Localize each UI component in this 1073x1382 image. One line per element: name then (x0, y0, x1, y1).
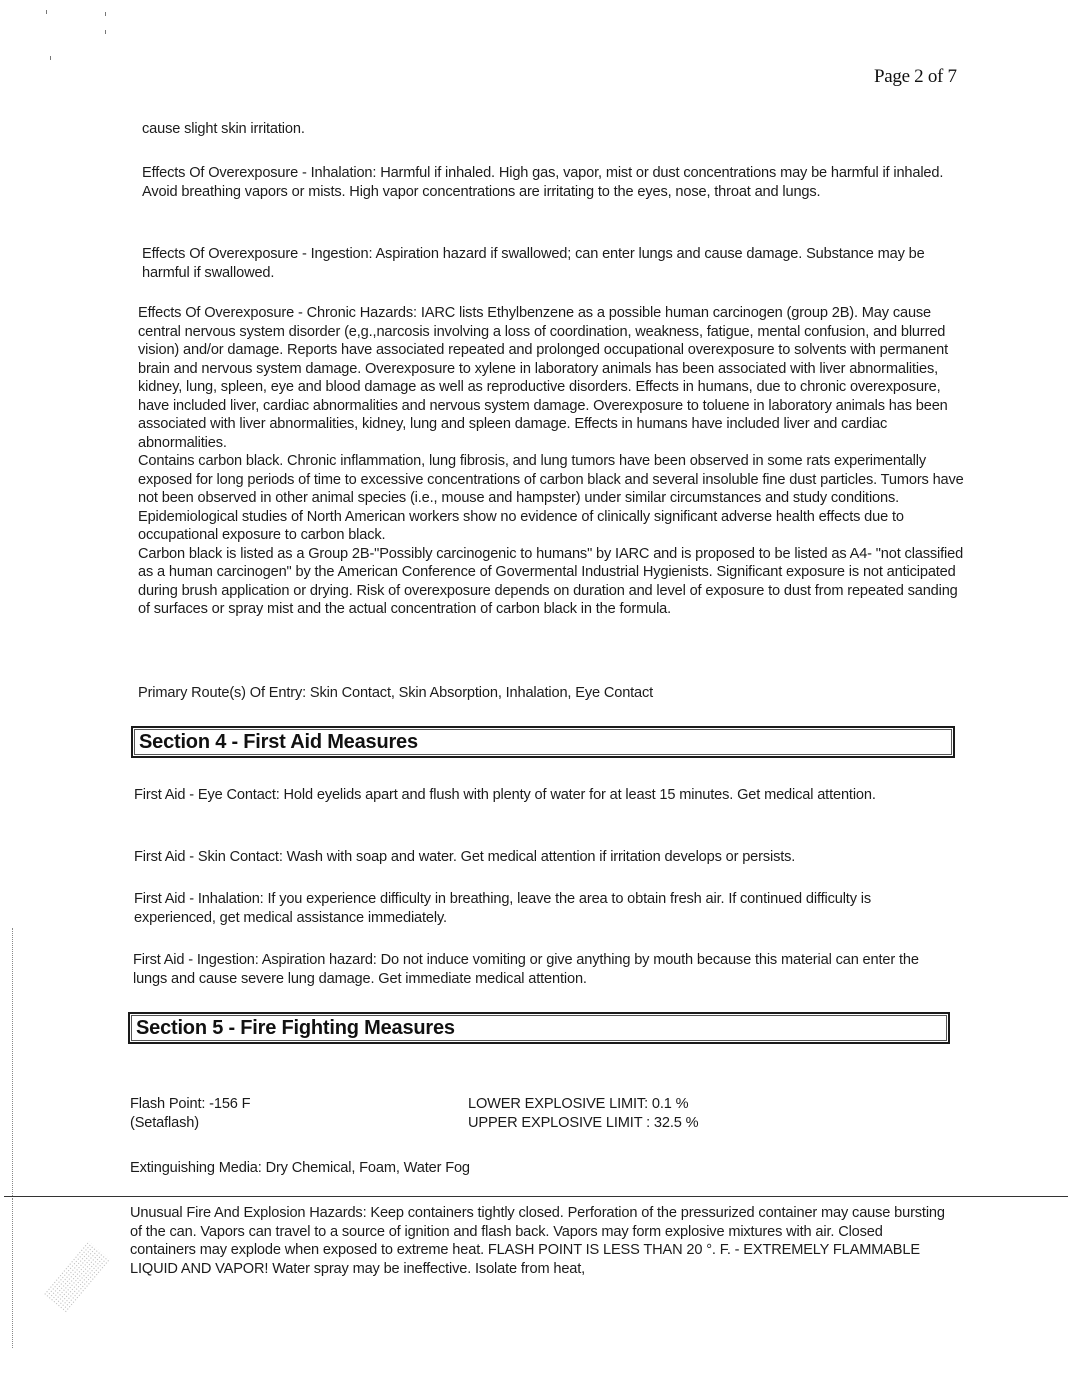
first-aid-skin: First Aid - Skin Contact: Wash with soap… (134, 848, 934, 867)
scan-edge-dots (12, 928, 13, 1196)
section-5-title: Section 5 - Fire Fighting Measures (130, 1017, 455, 1040)
section-5-header: Section 5 - Fire Fighting Measures (128, 1012, 950, 1044)
page-divider (4, 1196, 1068, 1197)
unusual-fire-hazards: Unusual Fire And Explosion Hazards: Keep… (130, 1204, 945, 1278)
section-4-header: Section 4 - First Aid Measures (131, 726, 955, 758)
scan-speck (50, 56, 51, 60)
carbon-black-text-1: Contains carbon black. Chronic inflammat… (138, 452, 964, 545)
scan-speck (46, 10, 47, 14)
scan-speck (105, 30, 106, 34)
flash-method: (Setaflash) (130, 1114, 430, 1133)
effects-chronic: Effects Of Overexposure - Chronic Hazard… (138, 304, 964, 619)
carbon-black-text-2: Carbon black is listed as a Group 2B-"Po… (138, 545, 964, 619)
upper-explosive-limit: UPPER EXPLOSIVE LIMIT : 32.5 % (468, 1114, 868, 1133)
page-number: Page 2 of 7 (874, 66, 957, 88)
routes-of-entry: Primary Route(s) Of Entry: Skin Contact,… (138, 684, 964, 703)
effects-inhalation: Effects Of Overexposure - Inhalation: Ha… (142, 164, 964, 201)
flash-point-block: Flash Point: -156 F (Setaflash) (130, 1095, 430, 1132)
lower-explosive-limit: LOWER EXPLOSIVE LIMIT: 0.1 % (468, 1095, 868, 1114)
scan-speck (105, 12, 106, 16)
extinguishing-media: Extinguishing Media: Dry Chemical, Foam,… (130, 1159, 930, 1178)
first-aid-ingestion: First Aid - Ingestion: Aspiration hazard… (133, 951, 943, 988)
stamp-mark (43, 1241, 111, 1314)
scan-edge-dots (12, 1198, 13, 1348)
section-4-title: Section 4 - First Aid Measures (133, 731, 418, 754)
explosive-limits-block: LOWER EXPLOSIVE LIMIT: 0.1 % UPPER EXPLO… (468, 1095, 868, 1132)
first-aid-eye: First Aid - Eye Contact: Hold eyelids ap… (134, 786, 924, 805)
chronic-hazards-text: Effects Of Overexposure - Chronic Hazard… (138, 304, 964, 452)
first-aid-inhalation: First Aid - Inhalation: If you experienc… (134, 890, 924, 927)
effects-ingestion: Effects Of Overexposure - Ingestion: Asp… (142, 245, 942, 282)
flash-point: Flash Point: -156 F (130, 1095, 430, 1114)
intro-tail: cause slight skin irritation. (142, 120, 962, 139)
